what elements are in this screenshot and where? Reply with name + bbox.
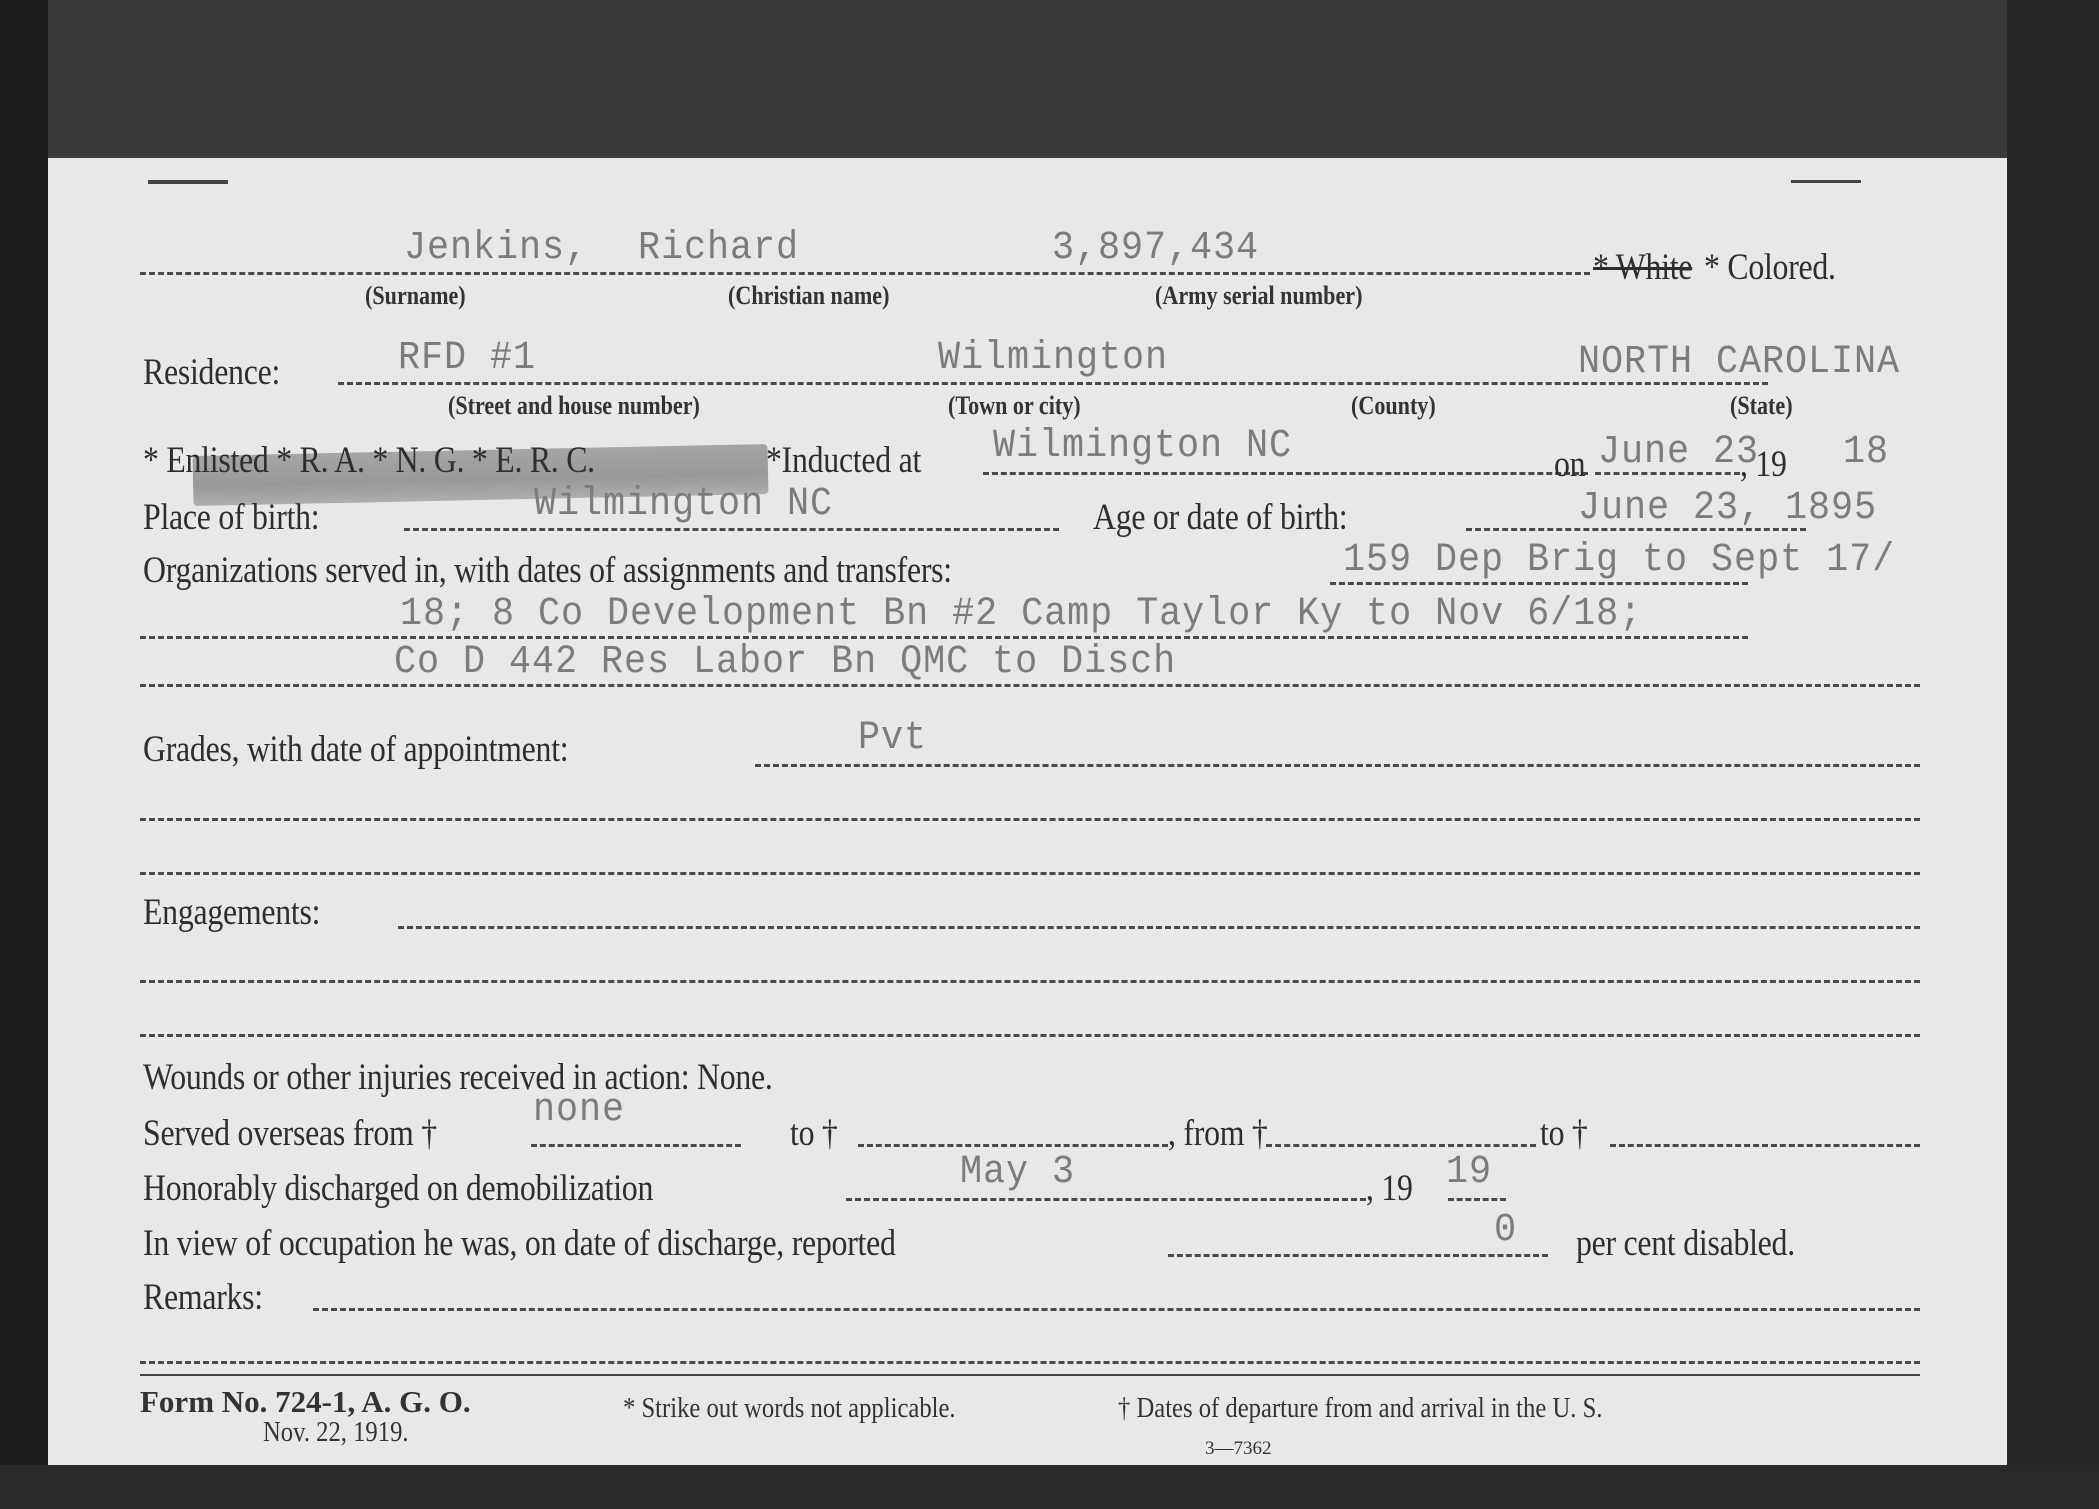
grades-rule-1	[755, 764, 1920, 767]
organizations-line-3: Co D 442 Res Labor Bn QMC to Disch	[394, 642, 1176, 684]
age-label: Age or date of birth:	[1093, 498, 1347, 538]
organizations-rule-2	[140, 636, 1748, 639]
discharge-year-line	[1448, 1198, 1506, 1201]
scan-background-bottom	[0, 1465, 2099, 1509]
inducted-at-label: *Inducted at	[766, 441, 921, 481]
discharge-date-line	[846, 1198, 1366, 1201]
grades-rule-3	[140, 872, 1920, 875]
surname-caption: (Surname)	[365, 282, 466, 310]
wounds-label: Wounds or other injuries received in act…	[143, 1058, 773, 1098]
serial-number-caption: (Army serial number)	[1155, 282, 1362, 310]
organizations-rule-1	[1330, 582, 1748, 585]
scan-background-left	[0, 0, 48, 1509]
date-of-birth-value: June 23, 1895	[1578, 488, 1877, 530]
overseas-from2-line	[1266, 1144, 1536, 1147]
residence-line	[338, 382, 1768, 385]
overseas-to2-line	[1610, 1144, 1920, 1147]
induction-year-prefix: , 19	[1740, 445, 1787, 485]
overseas-to2-label: to †	[1540, 1114, 1588, 1154]
overseas-to-line	[858, 1144, 1168, 1147]
engagements-rule-2	[140, 980, 1920, 983]
organizations-line-1: 159 Dep Brig to Sept 17/	[1343, 540, 1895, 582]
strike-out-note: * Strike out words not applicable.	[623, 1394, 956, 1424]
grades-value: Pvt	[858, 718, 927, 760]
race-option-white: * White	[1593, 248, 1692, 288]
on-label: on	[1554, 445, 1585, 485]
serial-number-value: 3,897,434	[1052, 228, 1259, 270]
service-record-card: Jenkins, Richard 3,897,434 * White * Col…	[48, 158, 2007, 1465]
christian-name-value: Richard	[638, 228, 799, 270]
organizations-label: Organizations served in, with dates of a…	[143, 551, 952, 591]
overseas-from2-label: , from †	[1168, 1114, 1268, 1154]
place-of-birth-label: Place of birth:	[143, 498, 319, 538]
county-caption: (County)	[1351, 392, 1436, 420]
christian-name-caption: (Christian name)	[728, 282, 889, 310]
surname-value: Jenkins,	[404, 228, 588, 270]
induction-date-line	[1595, 472, 1740, 475]
disability-suffix: per cent disabled.	[1576, 1224, 1795, 1264]
residence-street-value: RFD #1	[398, 338, 536, 380]
corner-mark	[148, 180, 228, 184]
residence-label: Residence:	[143, 353, 280, 393]
organizations-rule-3	[140, 684, 1920, 687]
enlistment-options-struck: * Enlisted * R. A. * N. G. * E. R. C.	[143, 441, 595, 481]
induction-date-value: June 23	[1598, 432, 1759, 474]
remarks-rule-1	[313, 1308, 1920, 1311]
disability-line	[1168, 1254, 1548, 1257]
form-number: Form No. 724-1, A. G. O.	[140, 1386, 471, 1418]
disability-label: In view of occupation he was, on date of…	[143, 1224, 896, 1264]
induction-year-value: 18	[1843, 432, 1889, 474]
place-of-birth-line	[404, 528, 1059, 531]
engagements-rule-1	[398, 926, 1920, 929]
date-of-birth-line	[1466, 528, 1806, 531]
form-date: Nov. 22, 1919.	[263, 1418, 409, 1448]
scan-background-right	[2007, 0, 2099, 1509]
corner-mark-right	[1791, 180, 1861, 183]
grades-label: Grades, with date of appointment:	[143, 730, 568, 770]
discharge-label: Honorably discharged on demobilization	[143, 1169, 653, 1209]
engagements-rule-3	[140, 1034, 1920, 1037]
discharge-year-prefix: , 19	[1366, 1169, 1413, 1209]
footer-divider	[140, 1374, 1920, 1376]
engagements-label: Engagements:	[143, 893, 320, 933]
dates-note: † Dates of departure from and arrival in…	[1118, 1394, 1602, 1424]
disability-value: 0	[1494, 1210, 1517, 1252]
name-line	[140, 272, 1590, 275]
residence-state-value: NORTH CAROLINA	[1578, 342, 1900, 384]
inducted-at-value: Wilmington NC	[993, 426, 1292, 468]
overseas-from-label: Served overseas from †	[143, 1114, 437, 1154]
print-code: 3—7362	[1205, 1438, 1272, 1460]
overseas-to-label: to †	[790, 1114, 838, 1154]
overseas-from-value: none	[533, 1090, 625, 1132]
discharge-date-value: May 3	[960, 1152, 1075, 1194]
remarks-rule-2	[140, 1361, 1920, 1364]
overseas-from-line	[531, 1144, 741, 1147]
street-caption: (Street and house number)	[448, 392, 700, 420]
inducted-line	[983, 472, 1588, 475]
town-caption: (Town or city)	[948, 392, 1081, 420]
discharge-year-value: 19	[1446, 1152, 1492, 1194]
organizations-line-2: 18; 8 Co Development Bn #2 Camp Taylor K…	[400, 594, 1642, 636]
place-of-birth-value: Wilmington NC	[534, 484, 833, 526]
remarks-label: Remarks:	[143, 1278, 263, 1318]
race-option-colored: * Colored.	[1704, 248, 1836, 288]
state-caption: (State)	[1730, 392, 1793, 420]
residence-town-value: Wilmington	[938, 338, 1168, 380]
grades-rule-2	[140, 818, 1920, 821]
